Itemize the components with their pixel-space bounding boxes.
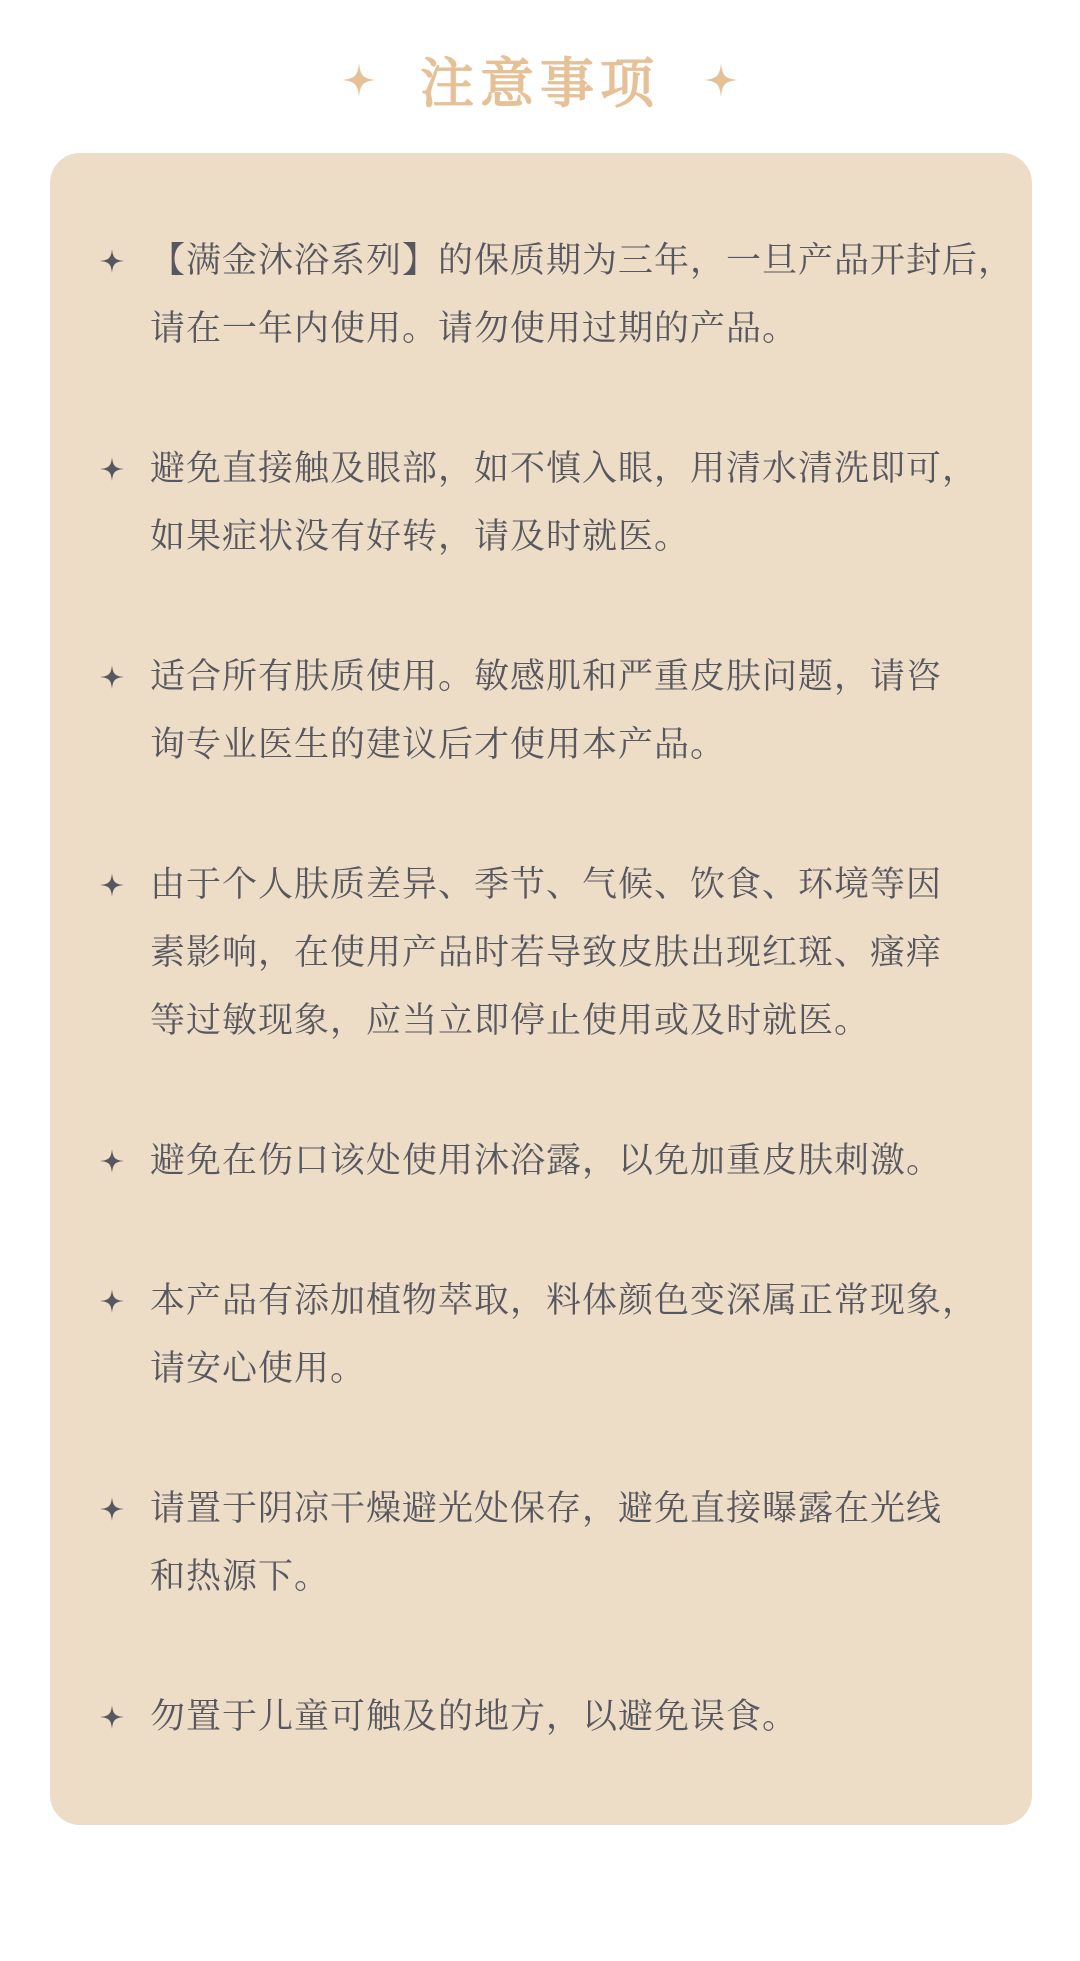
precaution-item: 请置于阴凉干燥避光处保存，避免直接曝露在光线 和热源下。 — [100, 1475, 1022, 1611]
diamond-bullet-icon — [100, 1475, 124, 1543]
precaution-item: 避免直接触及眼部，如不慎入眼，用清水清洗即可， 如果症状没有好转，请及时就医。 — [100, 435, 1022, 571]
page-title: 注意事项 — [420, 41, 660, 118]
precaution-text: 请置于阴凉干燥避光处保存，避免直接曝露在光线 和热源下。 — [150, 1475, 1022, 1611]
diamond-bullet-icon — [100, 1267, 124, 1335]
precaution-item: 勿置于儿童可触及的地方，以避免误食。 — [100, 1683, 1022, 1751]
precaution-text: 避免直接触及眼部，如不慎入眼，用清水清洗即可， 如果症状没有好转，请及时就医。 — [150, 435, 1022, 571]
precaution-text: 【满金沐浴系列】的保质期为三年，一旦产品开封后， 请在一年内使用。请勿使用过期的… — [150, 227, 1022, 363]
diamond-bullet-icon — [100, 1683, 124, 1751]
precaution-item: 由于个人肤质差异、季节、气候、饮食、环境等因 素影响，在使用产品时若导致皮肤出现… — [100, 851, 1022, 1055]
sparkle-icon — [342, 60, 376, 100]
precaution-item: 避免在伤口该处使用沐浴露，以免加重皮肤刺激。 — [100, 1127, 1022, 1195]
diamond-bullet-icon — [100, 435, 124, 503]
diamond-bullet-icon — [100, 643, 124, 711]
precaution-text: 由于个人肤质差异、季节、气候、饮食、环境等因 素影响，在使用产品时若导致皮肤出现… — [150, 851, 1022, 1055]
precaution-item: 适合所有肤质使用。敏感肌和严重皮肤问题，请咨 询专业医生的建议后才使用本产品。 — [100, 643, 1022, 779]
sparkle-icon — [704, 60, 738, 100]
diamond-bullet-icon — [100, 227, 124, 295]
precautions-card: 【满金沐浴系列】的保质期为三年，一旦产品开封后， 请在一年内使用。请勿使用过期的… — [50, 153, 1032, 1825]
diamond-bullet-icon — [100, 851, 124, 919]
precaution-text: 本产品有添加植物萃取，料体颜色变深属正常现象， 请安心使用。 — [150, 1267, 1022, 1403]
page-header: 注意事项 — [0, 0, 1080, 153]
precautions-list: 【满金沐浴系列】的保质期为三年，一旦产品开封后， 请在一年内使用。请勿使用过期的… — [50, 153, 1032, 1751]
precaution-text: 适合所有肤质使用。敏感肌和严重皮肤问题，请咨 询专业医生的建议后才使用本产品。 — [150, 643, 1022, 779]
precaution-item: 【满金沐浴系列】的保质期为三年，一旦产品开封后， 请在一年内使用。请勿使用过期的… — [100, 227, 1022, 363]
precaution-text: 勿置于儿童可触及的地方，以避免误食。 — [150, 1683, 1022, 1751]
diamond-bullet-icon — [100, 1127, 124, 1195]
precaution-text: 避免在伤口该处使用沐浴露，以免加重皮肤刺激。 — [150, 1127, 1022, 1195]
precaution-item: 本产品有添加植物萃取，料体颜色变深属正常现象， 请安心使用。 — [100, 1267, 1022, 1403]
